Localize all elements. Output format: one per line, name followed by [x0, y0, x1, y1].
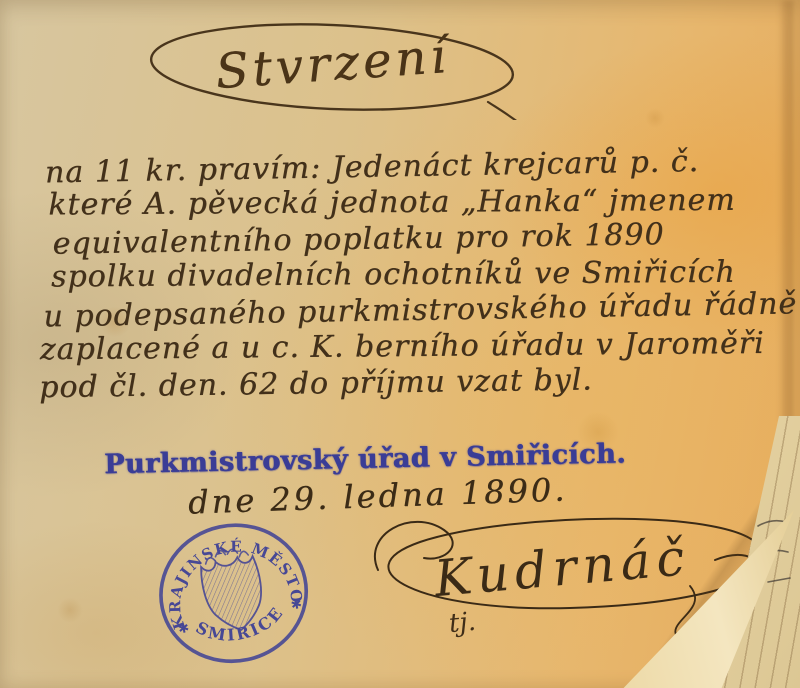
- signature-note: tj.: [448, 607, 477, 639]
- handwritten-body: na 11 kr. pravím: Jedenáct krejcarů p. č…: [37, 145, 782, 405]
- city-seal: KRAJINSKÉ MĚSTO SMIRICE ✱ ✱: [133, 500, 336, 688]
- seal-star-left: ✱: [177, 621, 191, 638]
- signature-name: Kudrnáč: [431, 528, 692, 608]
- document-photo: Stvrzení na 11 kr. pravím: Jedenáct krej…: [0, 0, 800, 688]
- title-block: Stvrzení: [140, 14, 525, 120]
